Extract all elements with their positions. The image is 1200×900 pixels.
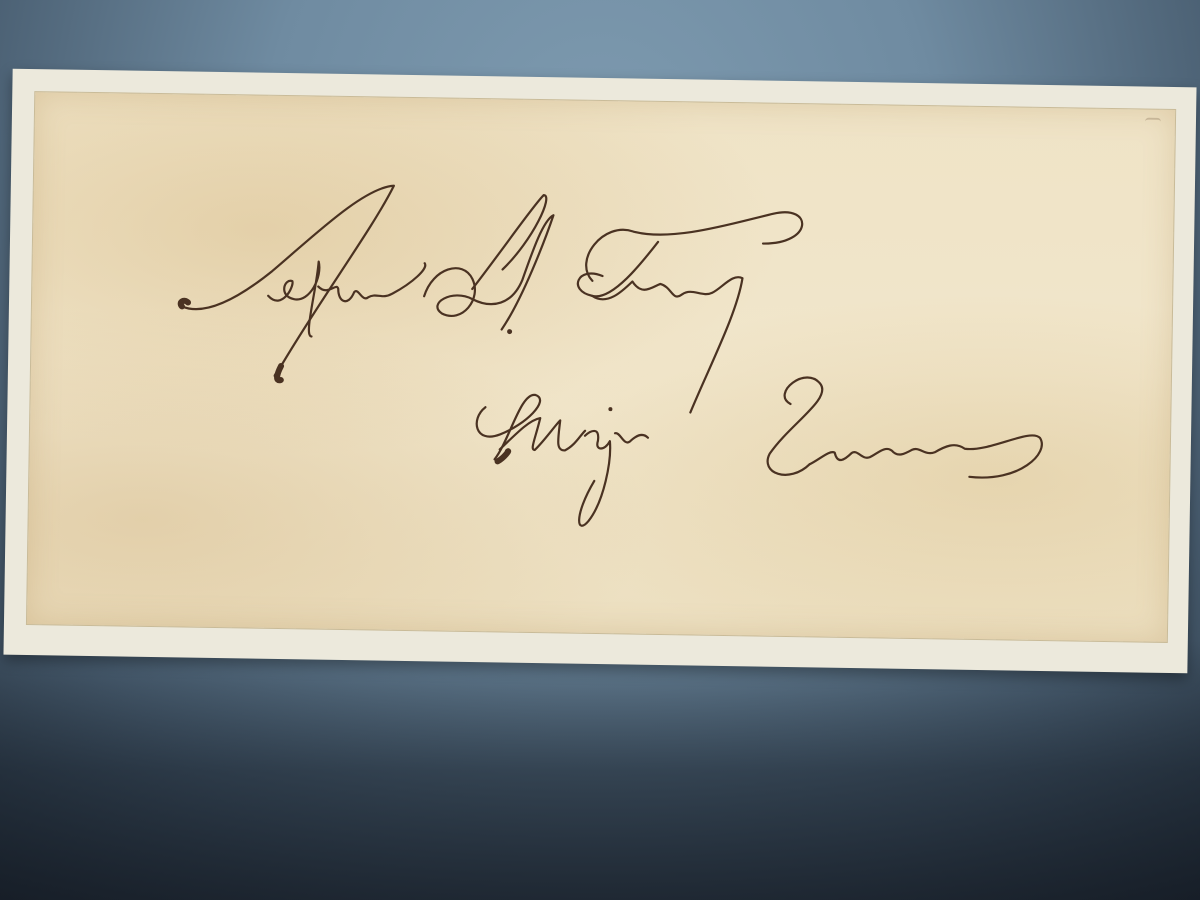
signature-card: Alfred H. Terry Major General	[26, 91, 1176, 643]
title-line-1	[475, 394, 648, 527]
signature-line-1	[180, 182, 427, 382]
cloth-shadow	[0, 640, 1200, 900]
card-mount: Alfred H. Terry Major General	[3, 69, 1196, 674]
signature-initial	[424, 193, 554, 334]
title-line-2	[767, 377, 1042, 479]
handwriting	[27, 92, 1175, 642]
signature-surname	[576, 209, 802, 414]
